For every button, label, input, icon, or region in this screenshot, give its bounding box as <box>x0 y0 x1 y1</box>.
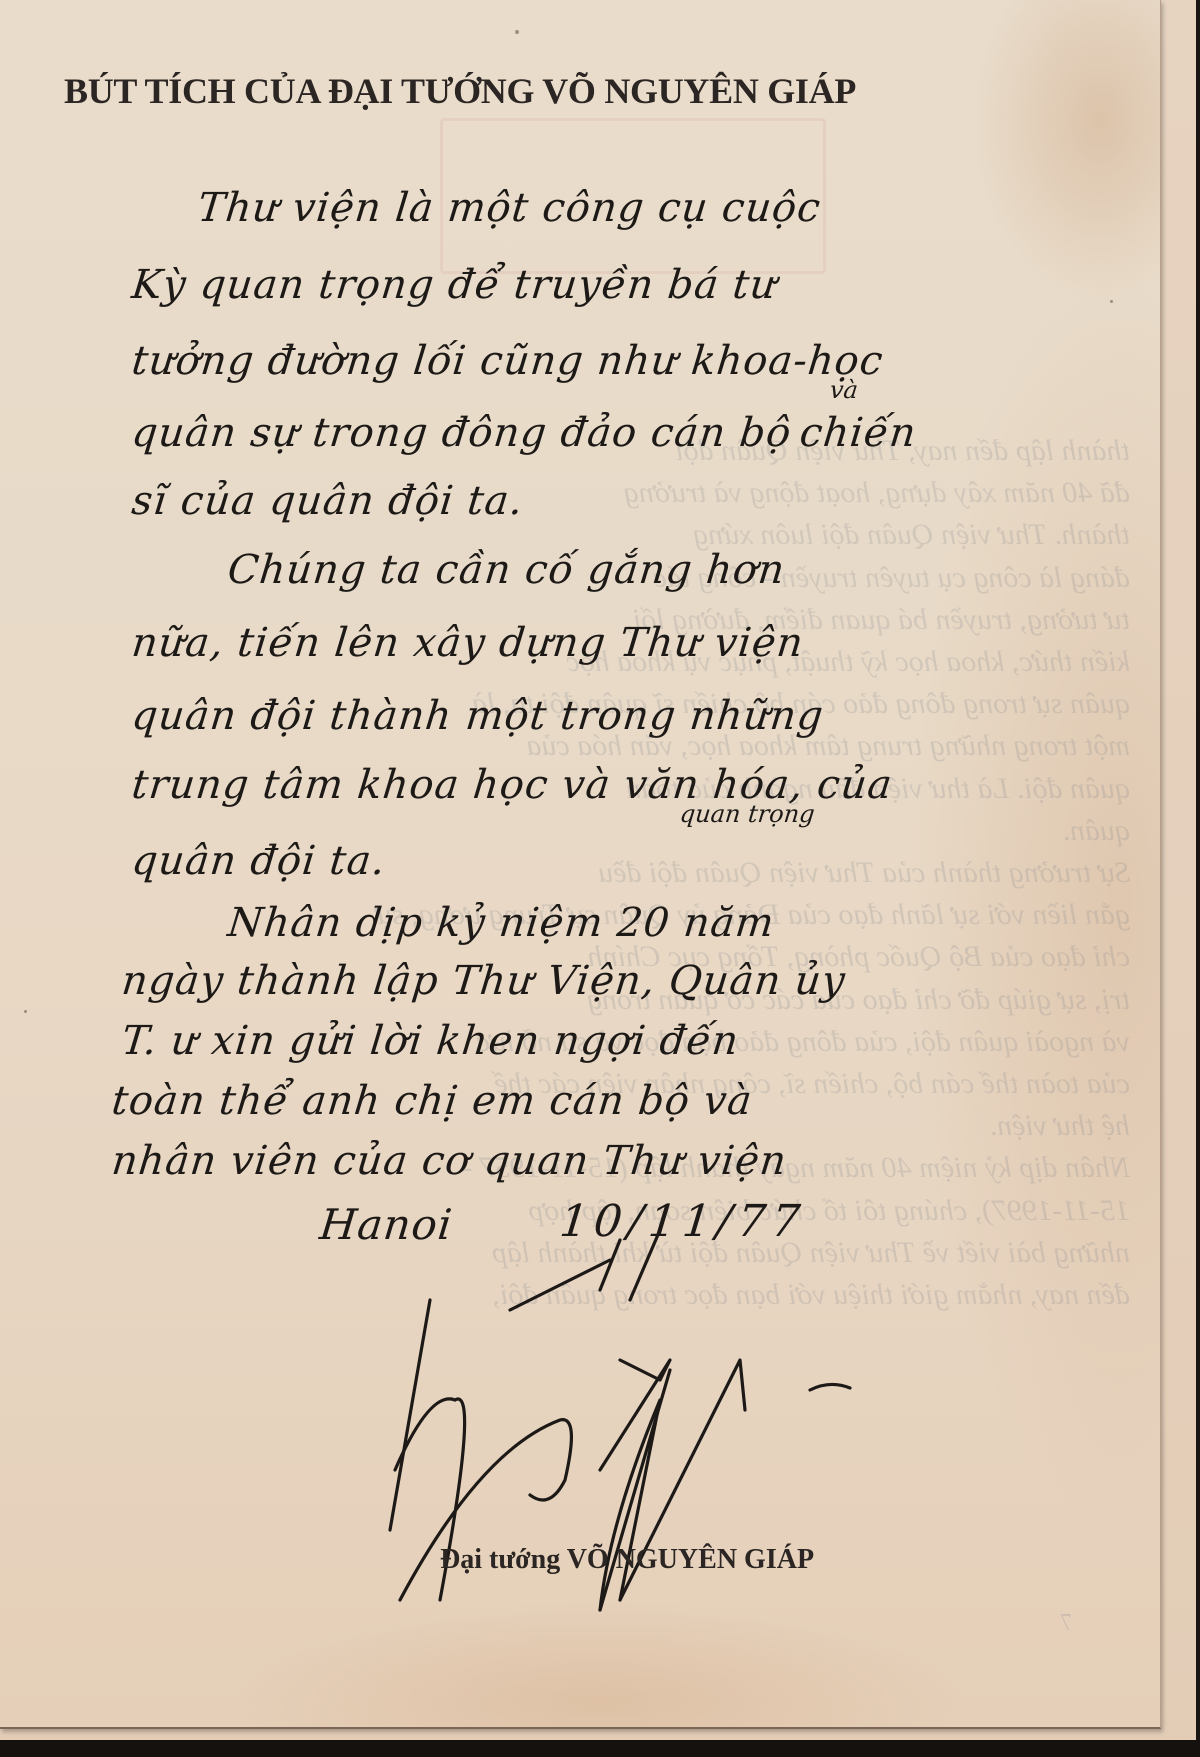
handwritten-insertion: quan trọng <box>679 800 817 828</box>
handwritten-date: 10/11/77 <box>557 1196 808 1247</box>
handwritten-line: sĩ của quân đội ta. <box>130 478 526 524</box>
paper-speck <box>515 30 519 34</box>
handwritten-line: Nhân dịp kỷ niệm 20 năm <box>226 900 777 946</box>
handwritten-line: quân đội thành một trong những <box>130 693 826 739</box>
signature-scrawl-icon <box>360 1280 920 1540</box>
handwritten-line-end: chiến <box>798 410 919 456</box>
paper-speck <box>1110 300 1113 303</box>
handwritten-line: quân sự trong đông đảo cán bộ <box>130 410 794 456</box>
caption-rank: Đại tướng <box>440 1544 560 1575</box>
scanned-page: thành lập đến nay, Thư viện Quân đội đã … <box>0 0 1200 1757</box>
handwritten-line: nhân viên của cơ quan Thư viện <box>110 1138 790 1184</box>
handwritten-line: quân đội ta. <box>130 838 388 884</box>
handwritten-line: nữa, tiến lên xây dựng Thư viện <box>130 620 806 666</box>
caption-name: VÕ NGUYÊN GIÁP <box>567 1544 814 1575</box>
scanner-edge-shadow <box>0 1740 1200 1757</box>
handwritten-line: Chúng ta cần cố gắng hơn <box>226 547 788 593</box>
bleed-page-number: 7 <box>1060 1610 1072 1637</box>
handwritten-line: Kỳ quan trọng để truyền bá tư <box>130 262 780 308</box>
handwritten-insertion: và <box>829 376 860 404</box>
handwritten-line: T. ư xin gửi lời khen ngợi đến <box>120 1018 742 1064</box>
book-page: thành lập đến nay, Thư viện Quân đội đã … <box>0 0 1161 1729</box>
handwritten-line: toàn thể anh chị em cán bộ và <box>110 1078 755 1124</box>
signature <box>360 1280 920 1540</box>
handwritten-place: Hanoi <box>317 1200 455 1249</box>
handwritten-line: tưởng đường lối cũng như khoa-học <box>130 338 886 384</box>
signature-caption: Đại tướng VÕ NGUYÊN GIÁP <box>440 1544 814 1576</box>
handwritten-line: Thư viện là một công cụ cuộc <box>196 185 824 231</box>
handwritten-line: ngày thành lập Thư Viện, Quân ủy <box>120 958 848 1004</box>
paper-speck <box>24 1010 27 1013</box>
